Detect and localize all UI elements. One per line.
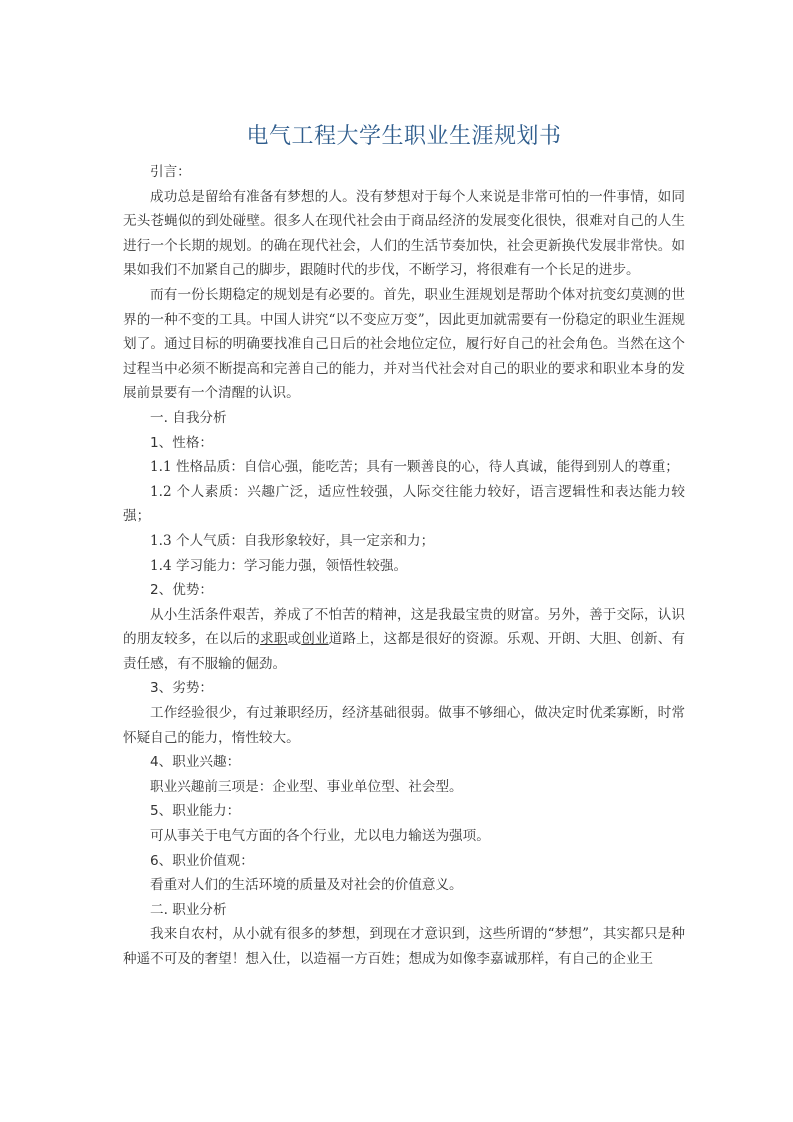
intro-paragraph-2: 而有一份长期稳定的规划是有必要的。首先，职业生涯规划是帮助个体对抗变幻莫测的世界… [123,283,685,406]
entrepreneurship-link[interactable]: 创业 [301,631,328,647]
section-2-heading: 二. 职业分析 [123,898,685,923]
intro-paragraph-1: 成功总是留给有准备有梦想的人。没有梦想对于每个人来说是非常可怕的一件事情，如同无… [123,185,685,283]
section-1-heading: 一. 自我分析 [123,406,685,431]
personality-item-4: 1.4 学习能力：学习能力强，领悟性较强。 [123,554,685,579]
strengths-text-mid: 或 [288,631,302,647]
career-values-text: 看重对人们的生活环境的质量及对社会的价值意义。 [123,873,685,898]
weaknesses-heading: 3、劣势： [123,676,685,701]
career-interest-text: 职业兴趣前三项是：企业型、事业单位型、社会型。 [123,775,685,800]
career-ability-heading: 5、职业能力： [123,799,685,824]
strengths-heading: 2、优势： [123,578,685,603]
intro-label: 引言： [123,160,685,185]
personality-item-2: 1.2 个人素质：兴趣广泛，适应性较强，人际交往能力较好，语言逻辑性和表达能力较… [123,480,685,529]
personality-item-3: 1.3 个人气质：自我形象较好，具一定亲和力； [123,529,685,554]
career-analysis-paragraph: 我来自农村，从小就有很多的梦想，到现在才意识到，这些所谓的“梦想”，其实都只是种… [123,922,685,971]
document-page: 电气工程大学生职业生涯规划书 引言： 成功总是留给有准备有梦想的人。没有梦想对于… [123,118,685,972]
personality-heading: 1、性格： [123,431,685,456]
career-interest-heading: 4、职业兴趣： [123,750,685,775]
job-hunting-link[interactable]: 求职 [260,631,287,647]
personality-item-1: 1.1 性格品质：自信心强，能吃苦；具有一颗善良的心，待人真诚，能得到别人的尊重… [123,455,685,480]
document-title: 电气工程大学生职业生涯规划书 [123,118,685,156]
weaknesses-paragraph: 工作经验很少，有过兼职经历，经济基础很弱。做事不够细心，做决定时优柔寡断，时常怀… [123,701,685,750]
strengths-paragraph: 从小生活条件艰苦，养成了不怕苦的精神，这是我最宝贵的财富。另外，善于交际，认识的… [123,603,685,677]
career-values-heading: 6、职业价值观： [123,849,685,874]
career-ability-text: 可从事关于电气方面的各个行业，尤以电力输送为强项。 [123,824,685,849]
